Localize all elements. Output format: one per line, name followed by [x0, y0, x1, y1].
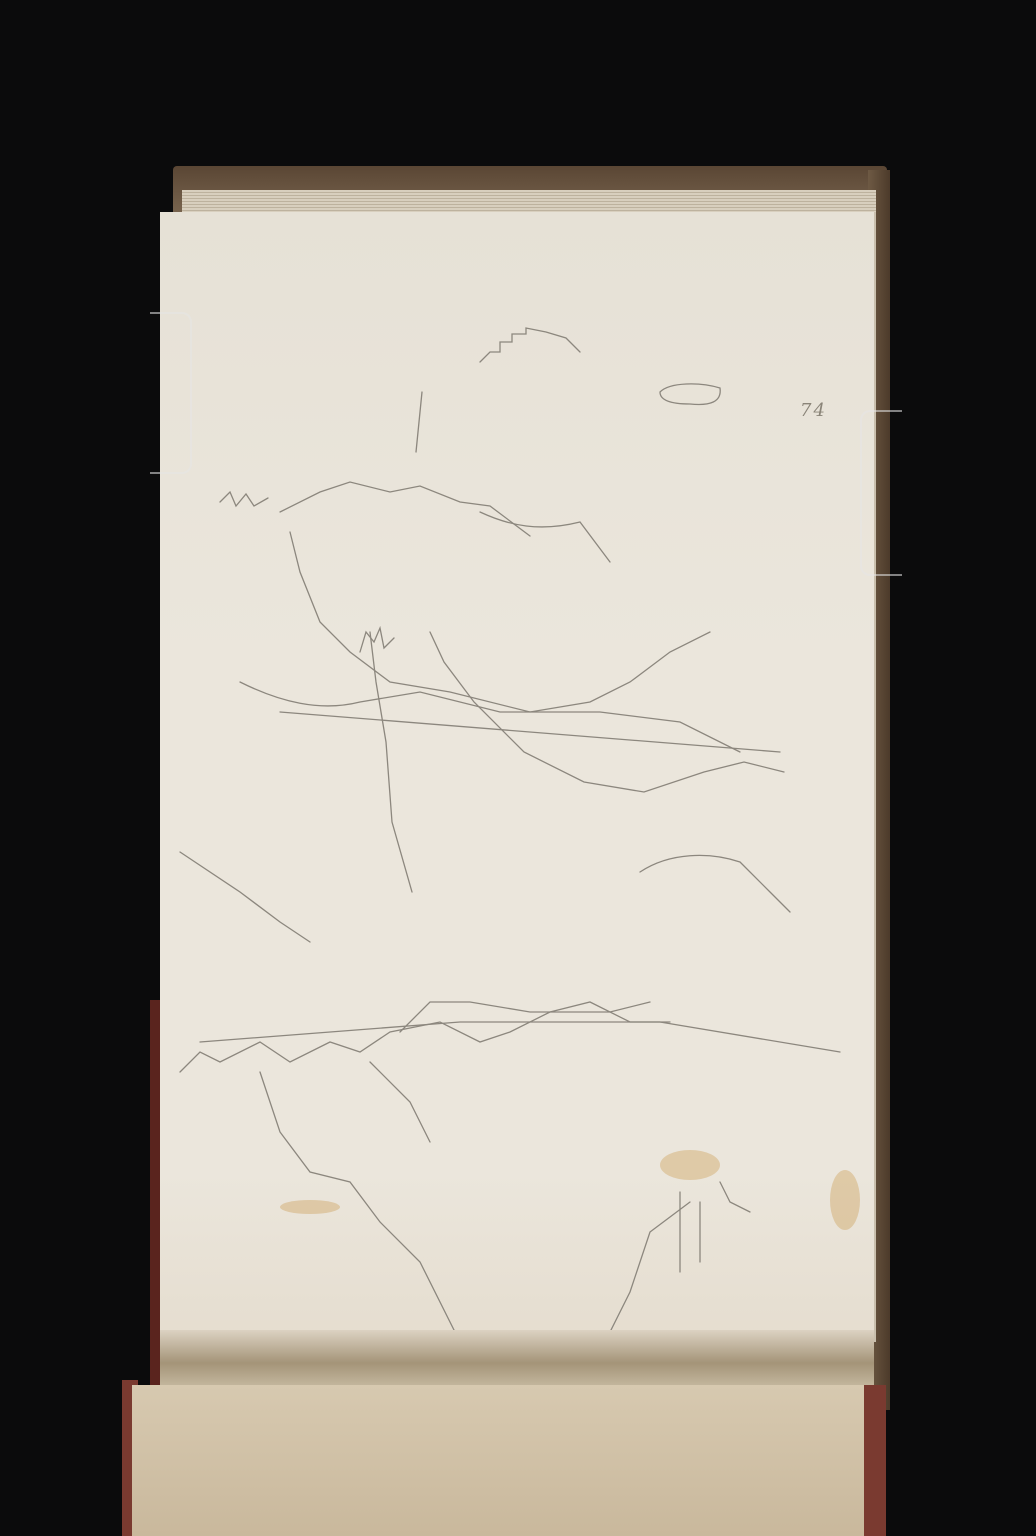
- foxing-stain: [660, 1150, 720, 1180]
- page-clip-right: [860, 410, 902, 576]
- cover-edge-bottom-right: [864, 1385, 886, 1536]
- pencil-sketch: [160, 212, 874, 1342]
- facing-page: [132, 1385, 872, 1536]
- foxing-stain: [280, 1200, 340, 1214]
- page-clip-left: [150, 312, 192, 474]
- foxing-stain: [830, 1170, 860, 1230]
- page-number-inscription: 74: [800, 400, 827, 421]
- book-gutter: [160, 1330, 874, 1385]
